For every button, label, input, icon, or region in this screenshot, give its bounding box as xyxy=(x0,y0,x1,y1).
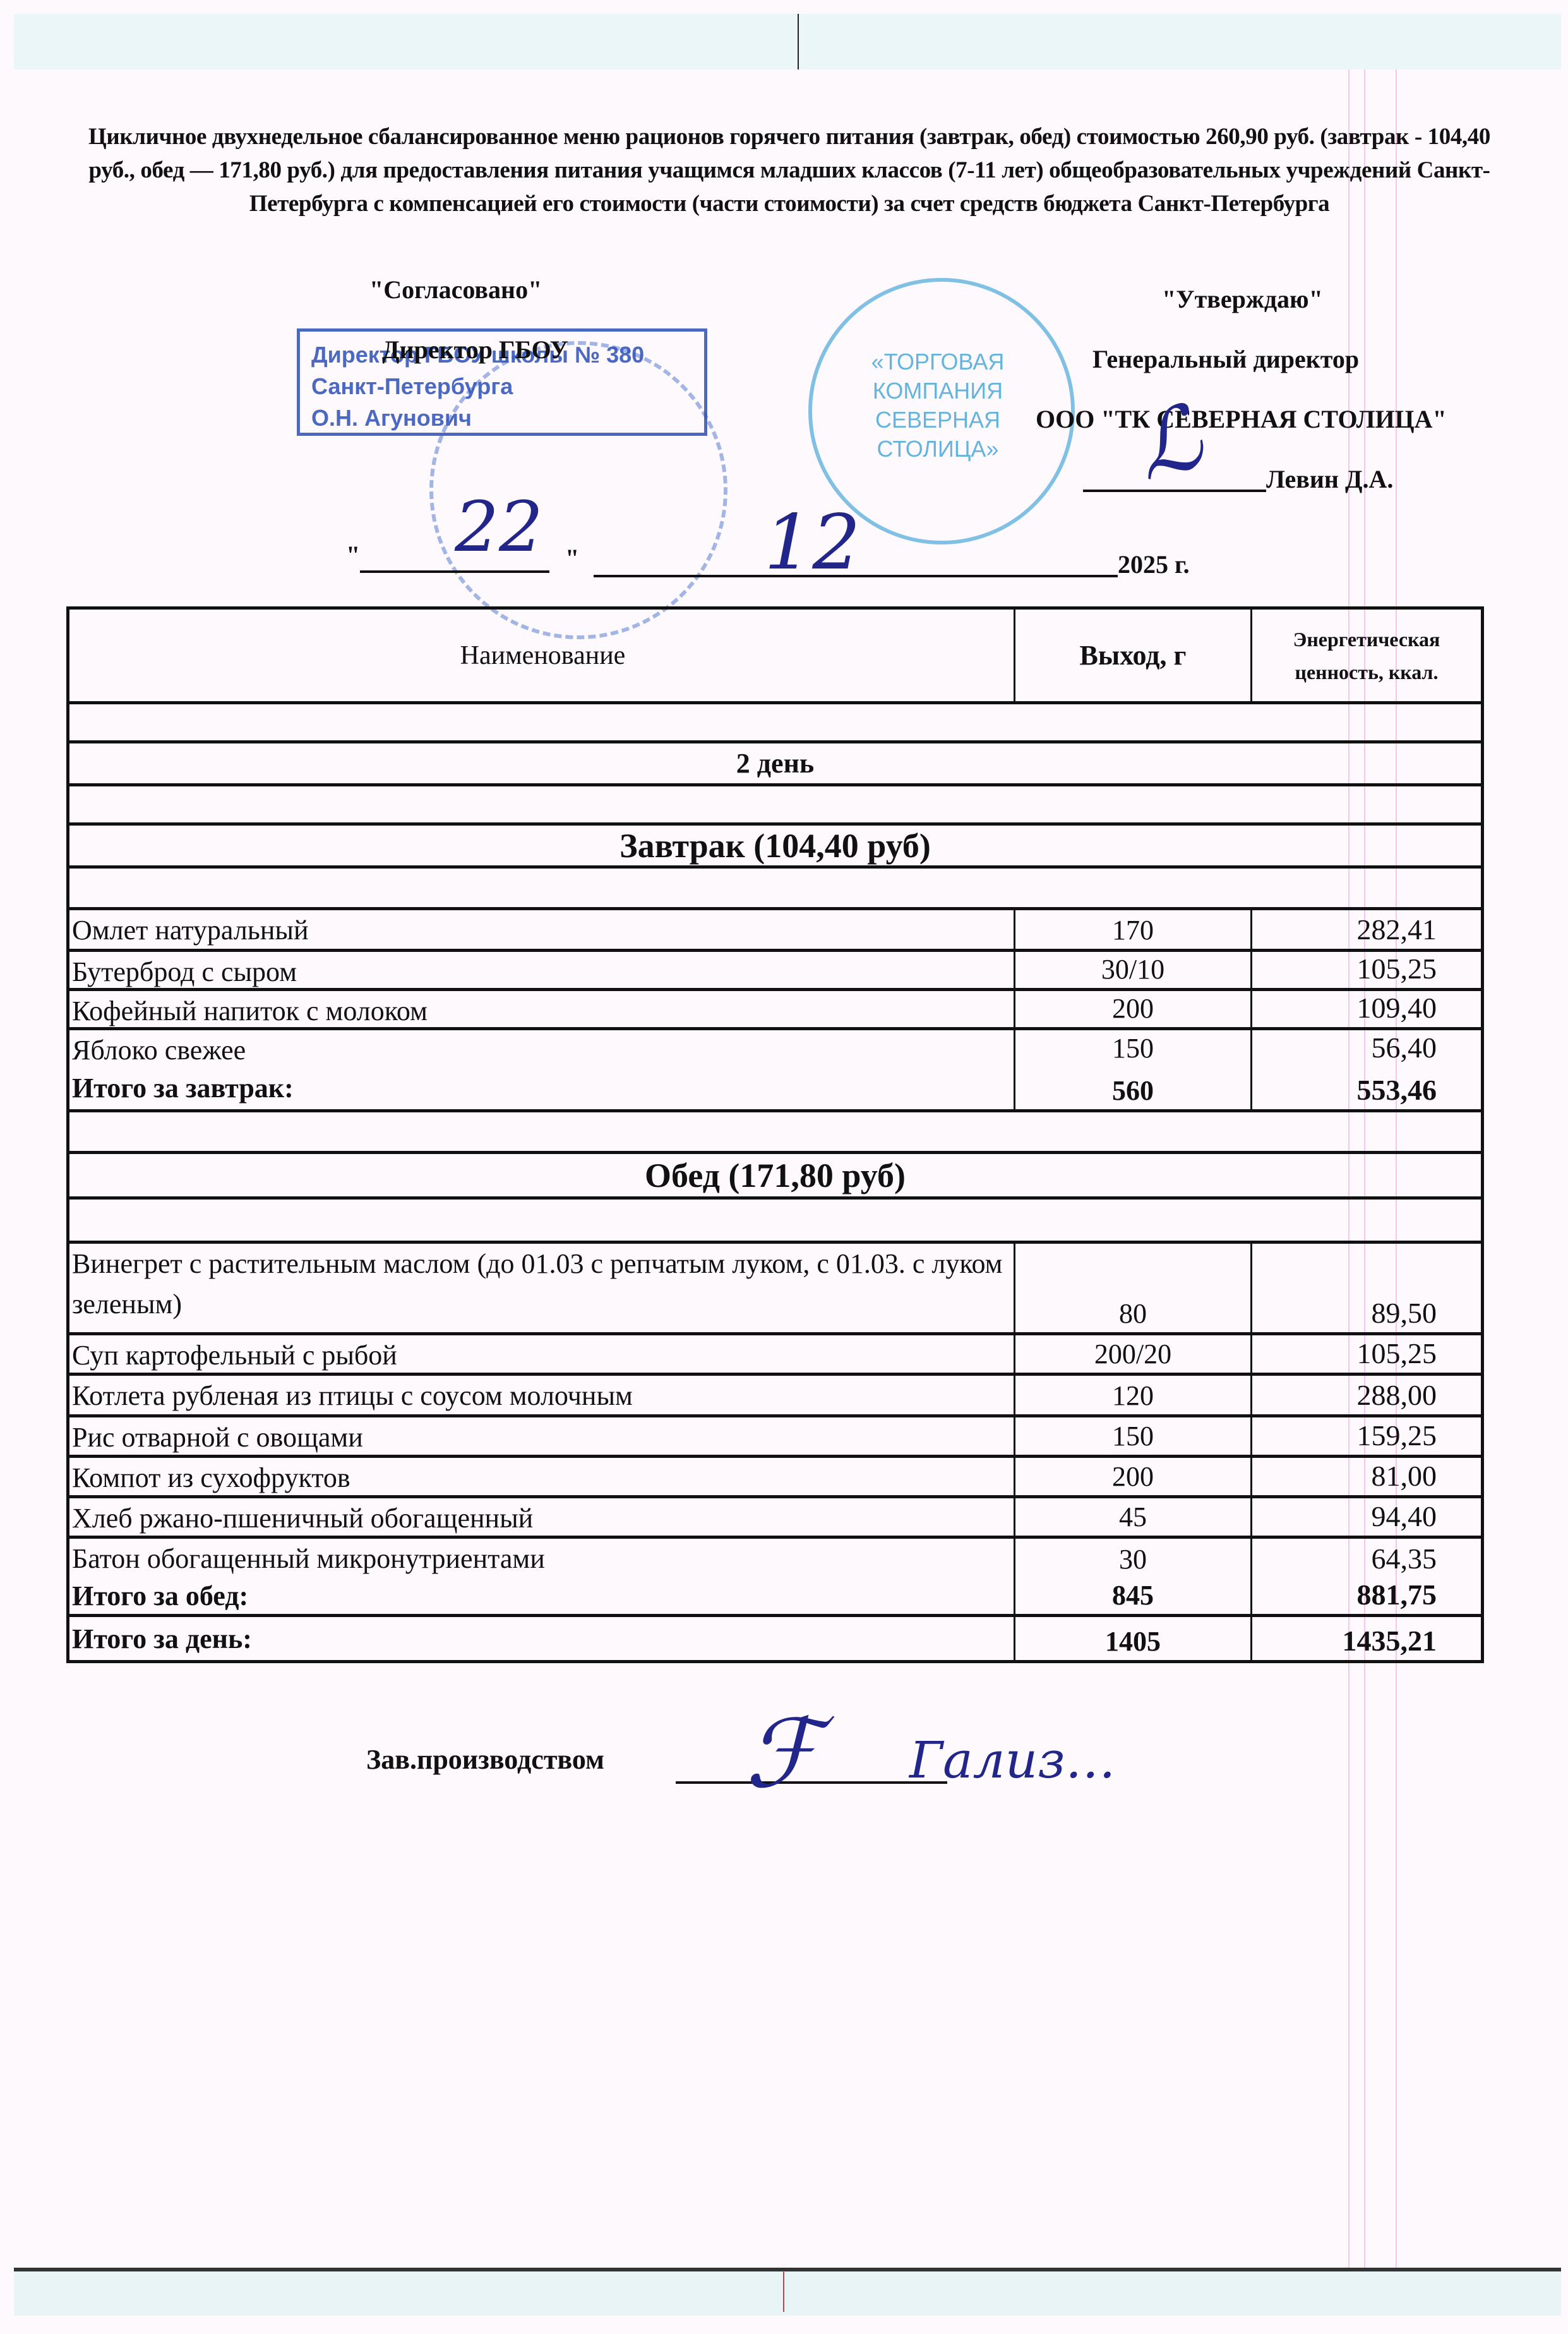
stamp-line: Санкт-Петербурга xyxy=(311,371,693,402)
total-output: 560 xyxy=(1014,1067,1250,1109)
day-total-output: 1405 xyxy=(1014,1617,1250,1660)
dish-name: Котлета рубленая из птицы с соусом молоч… xyxy=(69,1376,1014,1414)
scan-divider xyxy=(798,14,799,69)
spacer-row xyxy=(69,1112,1481,1154)
date-year: 2025 г. xyxy=(1118,550,1190,579)
company-seal-text: «ТОРГОВАЯ КОМПАНИЯ СЕВЕРНАЯ СТОЛИЦА» xyxy=(846,347,1029,464)
table-row: Котлета рубленая из птицы с соусом молоч… xyxy=(69,1376,1481,1417)
lunch-total-row: Итого за обед: 845 881,75 xyxy=(69,1578,1481,1617)
table-row: Винегрет с растительным маслом (до 01.03… xyxy=(69,1244,1481,1335)
document-title: Цикличное двухнедельное сбалансированное… xyxy=(76,120,1503,220)
day-underline xyxy=(360,570,549,573)
dish-output: 80 xyxy=(1014,1244,1250,1332)
breakfast-total-row: Итого за завтрак: 560 553,46 xyxy=(69,1067,1481,1112)
approve-heading: "Утверждаю" xyxy=(1162,284,1323,314)
stamp-line: О.Н. Агунович xyxy=(311,402,693,434)
table-row: Батон обогащенный микронутриентами3064,3… xyxy=(69,1539,1481,1578)
header-output: Выход, г xyxy=(1014,610,1250,701)
director-signature: ℒ xyxy=(1125,385,1213,502)
spacer-row xyxy=(69,1200,1481,1244)
breakfast-label: Завтрак (104,40 руб) xyxy=(69,826,1481,865)
scan-edge-top xyxy=(14,14,1561,69)
dish-name: Бутерброд с сыром xyxy=(69,952,1014,988)
spacer-row xyxy=(69,786,1481,826)
dish-name: Яблоко свежее xyxy=(69,1030,1014,1067)
dish-name: Хлеб ржано-пшеничный обогащенный xyxy=(69,1498,1014,1536)
date-quote: " xyxy=(346,540,360,570)
day-label: 2 день xyxy=(69,743,1481,783)
general-director-position: Генеральный директор xyxy=(1092,344,1359,374)
total-output: 845 xyxy=(1014,1578,1250,1614)
table-row: Кофейный напиток с молоком200109,40 xyxy=(69,991,1481,1030)
director-position: Директор ГБОУ xyxy=(382,335,568,364)
dish-name: Омлет натуральный xyxy=(69,910,1014,949)
table-header: Наименование Выход, г Энергетическая цен… xyxy=(69,610,1481,704)
dish-kcal: 89,50 xyxy=(1250,1244,1481,1332)
dish-output: 30/10 xyxy=(1014,952,1250,988)
table-row: Омлет натуральный170282,41 xyxy=(69,910,1481,952)
date-day: 22 xyxy=(455,486,543,567)
spacer-row xyxy=(69,869,1481,910)
table-row: Рис отварной с овощами150159,25 xyxy=(69,1417,1481,1458)
dish-kcal: 159,25 xyxy=(1250,1417,1481,1455)
table-row: Суп картофельный с рыбой200/20105,25 xyxy=(69,1335,1481,1376)
dish-kcal: 105,25 xyxy=(1250,952,1481,988)
dish-output: 170 xyxy=(1014,910,1250,949)
dish-name: Кофейный напиток с молоком xyxy=(69,991,1014,1027)
header-energy: Энергетическая ценность, ккал. xyxy=(1250,610,1481,701)
day-total-row: Итого за день: 1405 1435,21 xyxy=(69,1617,1481,1660)
day-total-label: Итого за день: xyxy=(69,1617,1014,1660)
table-row: Хлеб ржано-пшеничный обогащенный4594,40 xyxy=(69,1498,1481,1539)
breakfast-heading-row: Завтрак (104,40 руб) xyxy=(69,826,1481,869)
dish-kcal: 56,40 xyxy=(1250,1030,1481,1067)
table-row: Яблоко свежее15056,40 xyxy=(69,1030,1481,1067)
dish-output: 150 xyxy=(1014,1417,1250,1455)
date-quote: " xyxy=(565,543,579,573)
day-row: 2 день xyxy=(69,743,1481,786)
dish-kcal: 105,25 xyxy=(1250,1335,1481,1373)
company-name: ООО "ТК СЕВЕРНАЯ СТОЛИЦА" xyxy=(1036,404,1447,434)
day-total-kcal: 1435,21 xyxy=(1250,1617,1481,1660)
dish-output: 120 xyxy=(1014,1376,1250,1414)
production-head-label: Зав.производством xyxy=(366,1743,604,1776)
dish-output: 30 xyxy=(1014,1539,1250,1578)
dish-output: 150 xyxy=(1014,1030,1250,1067)
dish-kcal: 81,00 xyxy=(1250,1458,1481,1495)
approved-by-heading: "Согласовано" xyxy=(369,275,542,304)
dish-kcal: 282,41 xyxy=(1250,910,1481,949)
production-signature: ℱ xyxy=(745,1699,820,1809)
date-month: 12 xyxy=(764,499,861,587)
dish-kcal: 94,40 xyxy=(1250,1498,1481,1536)
production-signature-name: Гализ… xyxy=(909,1731,1116,1790)
dish-kcal: 109,40 xyxy=(1250,991,1481,1027)
dish-name: Суп картофельный с рыбой xyxy=(69,1335,1014,1373)
dish-kcal: 64,35 xyxy=(1250,1539,1481,1578)
dish-name: Батон обогащенный микронутриентами xyxy=(69,1539,1014,1578)
total-label: Итого за обед: xyxy=(69,1578,1014,1614)
lunch-label: Обед (171,80 руб) xyxy=(69,1154,1481,1196)
menu-table: Наименование Выход, г Энергетическая цен… xyxy=(66,606,1484,1663)
total-kcal: 553,46 xyxy=(1250,1067,1481,1109)
dish-output: 200 xyxy=(1014,991,1250,1027)
scan-divider xyxy=(783,2271,784,2312)
signatory-name: Левин Д.А. xyxy=(1266,464,1393,494)
dish-name: Винегрет с растительным маслом (до 01.03… xyxy=(69,1244,1014,1332)
dish-output: 200/20 xyxy=(1014,1335,1250,1373)
dish-output: 45 xyxy=(1014,1498,1250,1536)
dish-name: Компот из сухофруктов xyxy=(69,1458,1014,1495)
header-name: Наименование xyxy=(69,610,1014,701)
scan-edge-bottom xyxy=(14,2268,1561,2316)
dish-kcal: 288,00 xyxy=(1250,1376,1481,1414)
lunch-heading-row: Обед (171,80 руб) xyxy=(69,1154,1481,1200)
total-label: Итого за завтрак: xyxy=(69,1067,1014,1109)
dish-output: 200 xyxy=(1014,1458,1250,1495)
table-row: Компот из сухофруктов20081,00 xyxy=(69,1458,1481,1498)
dish-name: Рис отварной с овощами xyxy=(69,1417,1014,1455)
spacer-row xyxy=(69,704,1481,743)
table-row: Бутерброд с сыром30/10105,25 xyxy=(69,952,1481,991)
total-kcal: 881,75 xyxy=(1250,1578,1481,1614)
